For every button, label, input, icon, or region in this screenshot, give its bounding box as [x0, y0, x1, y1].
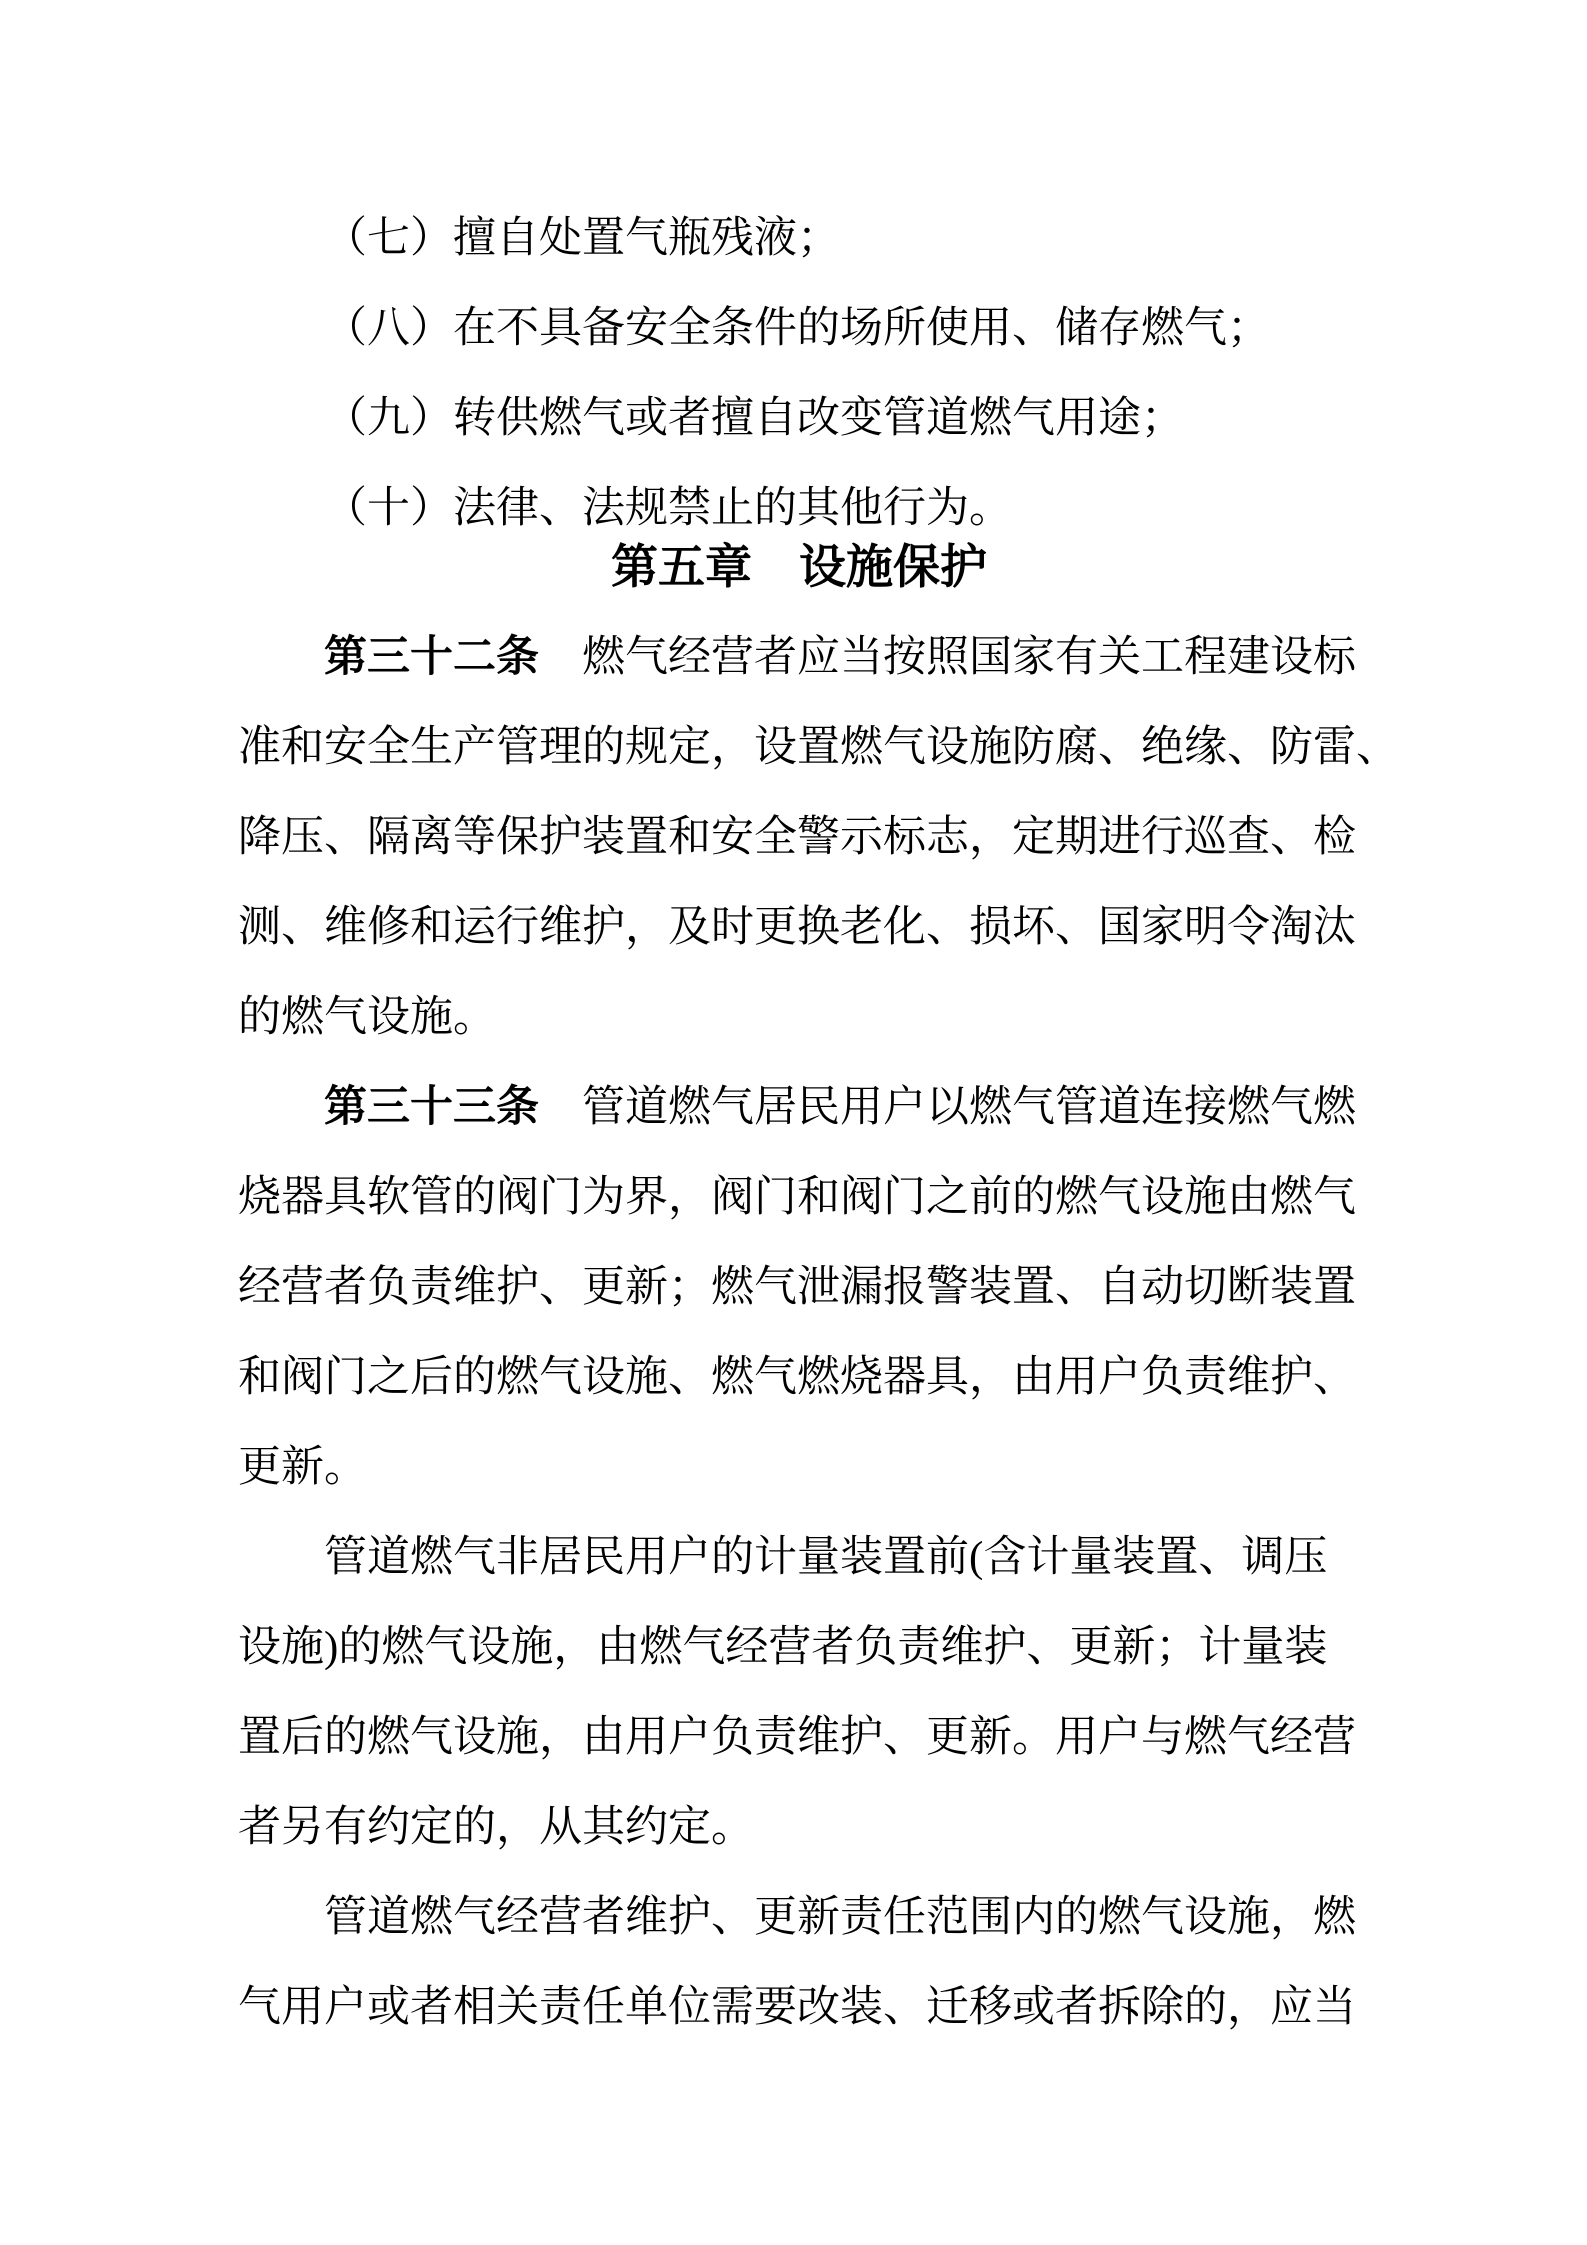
article-number: 第三十二条 [324, 634, 539, 681]
article-number: 第三十三条 [324, 1084, 539, 1131]
clause-item-9: （九）转供燃气或者擅自改变管道燃气用途； [238, 374, 1360, 464]
text-line: 经营者负责维护、更新；燃气泄漏报警装置、自动切断装置 [238, 1243, 1360, 1333]
text-line: 第三十三条 管道燃气居民用户以燃气管道连接燃气燃 [238, 1063, 1360, 1153]
document-content: （七）擅自处置气瓶残液；（八）在不具备安全条件的场所使用、储存燃气；（九）转供燃… [238, 194, 1360, 2053]
text-line: 的燃气设施。 [238, 973, 1360, 1063]
text-line: 降压、隔离等保护装置和安全警示标志，定期进行巡查、检 [238, 793, 1360, 883]
text-line: 置后的燃气设施，由用户负责维护、更新。用户与燃气经营 [238, 1693, 1360, 1783]
text-line: 第三十二条 燃气经营者应当按照国家有关工程建设标 [238, 613, 1360, 703]
clause-item-8: （八）在不具备安全条件的场所使用、储存燃气； [238, 284, 1360, 374]
paragraph-modify-relocate: 管道燃气经营者维护、更新责任范围内的燃气设施，燃气用户或者相关责任单位需要改装、… [238, 1873, 1360, 2053]
text-line: 烧器具软管的阀门为界，阀门和阀门之前的燃气设施由燃气 [238, 1153, 1360, 1243]
text-line: 气用户或者相关责任单位需要改装、迁移或者拆除的，应当 [238, 1963, 1360, 2053]
text-line: （九）转供燃气或者擅自改变管道燃气用途； [238, 374, 1360, 464]
text-line: （八）在不具备安全条件的场所使用、储存燃气； [238, 284, 1360, 374]
clause-item-7: （七）擅自处置气瓶残液； [238, 194, 1360, 284]
text-line: 管道燃气非居民用户的计量装置前(含计量装置、调压 [238, 1513, 1360, 1603]
text-line: 更新。 [238, 1423, 1360, 1513]
article-33: 第三十三条 管道燃气居民用户以燃气管道连接燃气燃烧器具软管的阀门为界，阀门和阀门… [238, 1063, 1360, 1513]
document-page: （七）擅自处置气瓶残液；（八）在不具备安全条件的场所使用、储存燃气；（九）转供燃… [0, 0, 1587, 2245]
article-32: 第三十二条 燃气经营者应当按照国家有关工程建设标准和安全生产管理的规定，设置燃气… [238, 613, 1360, 1063]
text-line: 和阀门之后的燃气设施、燃气燃烧器具，由用户负责维护、 [238, 1333, 1360, 1423]
text-line: （七）擅自处置气瓶残液； [238, 194, 1360, 284]
text-line: 准和安全生产管理的规定，设置燃气设施防腐、绝缘、防雷、 [238, 703, 1360, 793]
text-line: 者另有约定的，从其约定。 [238, 1783, 1360, 1873]
text-line: 测、维修和运行维护，及时更换老化、损坏、国家明令淘汰 [238, 883, 1360, 973]
text-line: 管道燃气经营者维护、更新责任范围内的燃气设施，燃 [238, 1873, 1360, 1963]
text-line: 设施)的燃气设施，由燃气经营者负责维护、更新；计量装 [238, 1603, 1360, 1693]
paragraph-nonresident-users: 管道燃气非居民用户的计量装置前(含计量装置、调压设施)的燃气设施，由燃气经营者负… [238, 1513, 1360, 1873]
